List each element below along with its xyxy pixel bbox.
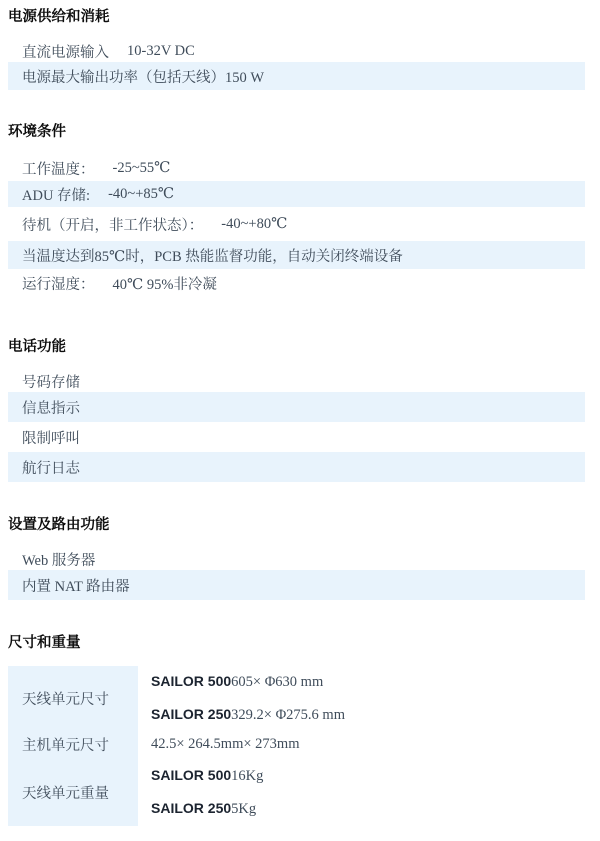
sailor-model-label: SAILOR 250	[151, 800, 231, 816]
spec-row-voyage-log: 航行日志	[8, 452, 585, 482]
spec-row-web-server: Web 服务器	[8, 548, 585, 570]
section-title-power: 电源供给和消耗	[8, 8, 585, 26]
row-label: 当温度达到85℃时，PCB 热能监督功能，自动关闭终端设备	[22, 245, 403, 266]
dim-label-host-size: 主机单元尺寸	[8, 730, 138, 758]
spec-rows: Web 服务器 内置 NAT 路由器	[8, 548, 585, 600]
sailor-model-label: SAILOR 500	[151, 673, 231, 689]
dim-value-line: 42.5× 264.5mm× 273mm	[151, 728, 585, 760]
spec-document-page: 电源供给和消耗 直流电源输入 10-32V DC 电源最大输出功率（包括天线）1…	[0, 0, 600, 826]
spec-row-max-output: 电源最大输出功率（包括天线）150 W	[8, 62, 585, 90]
dim-value-text: 605× Φ630 mm	[231, 674, 323, 690]
dimensions-table: 天线单元尺寸 主机单元尺寸 天线单元重量 SAILOR 500605× Φ630…	[8, 666, 585, 826]
dim-label-antenna-size: 天线单元尺寸	[8, 666, 138, 730]
spec-rows: 工作温度： -25~55℃ ADU 存储: -40~+85℃ 待机（开启，非工作…	[8, 155, 585, 297]
spec-rows: 直流电源输入 10-32V DC 电源最大输出功率（包括天线）150 W	[8, 40, 585, 90]
section-phone: 电话功能 号码存储 信息指示 限制呼叫 航行日志	[8, 338, 585, 482]
dim-value-text: 5Kg	[231, 801, 256, 817]
spec-row-operating-temp: 工作温度： -25~55℃	[8, 155, 585, 181]
dimensions-table-label-column: 天线单元尺寸 主机单元尺寸 天线单元重量	[8, 666, 138, 826]
sailor-model-label: SAILOR 250	[151, 706, 231, 722]
section-title-routing: 设置及路由功能	[8, 516, 585, 534]
dim-value-text: 16Kg	[231, 768, 263, 784]
row-label: 运行湿度：	[22, 273, 95, 294]
dim-label-text: 主机单元尺寸	[22, 734, 109, 755]
row-label: 航行日志	[22, 457, 80, 478]
spec-row-pcb-thermal: 当温度达到85℃时，PCB 热能监督功能，自动关闭终端设备	[8, 241, 585, 269]
dim-values-antenna-weight: SAILOR 50016Kg SAILOR 2505Kg	[138, 758, 585, 826]
row-value: -40~+85℃	[108, 186, 174, 203]
section-dimensions: 尺寸和重量 天线单元尺寸 主机单元尺寸 天线单元重量 SAILOR 500605…	[8, 634, 585, 826]
spec-row-number-storage: 号码存储	[8, 370, 585, 392]
row-label: 信息指示	[22, 397, 80, 418]
row-label: 待机（开启，非工作状态）：	[22, 214, 203, 235]
spec-row-standby-temp: 待机（开启，非工作状态）： -40~+80℃	[8, 207, 585, 241]
spec-row-nat-router: 内置 NAT 路由器	[8, 570, 585, 600]
dim-value-line: SAILOR 250329.2× Φ275.6 mm	[151, 698, 585, 731]
dim-label-text: 天线单元尺寸	[22, 688, 109, 709]
section-title-environment: 环境条件	[8, 123, 585, 141]
section-environment: 环境条件 工作温度： -25~55℃ ADU 存储: -40~+85℃ 待机（开…	[8, 123, 585, 297]
dim-values-antenna-size: SAILOR 500605× Φ630 mm SAILOR 250329.2× …	[138, 666, 585, 730]
row-value: 10-32V DC	[127, 43, 195, 60]
row-label: ADU 存储:	[22, 184, 90, 205]
section-routing: 设置及路由功能 Web 服务器 内置 NAT 路由器	[8, 516, 585, 600]
row-label: 号码存储	[22, 371, 80, 392]
dim-value-line: SAILOR 2505Kg	[151, 792, 585, 825]
dimensions-table-value-column: SAILOR 500605× Φ630 mm SAILOR 250329.2× …	[138, 666, 585, 826]
dim-value-text: 329.2× Φ275.6 mm	[231, 707, 345, 723]
dim-values-host-size: 42.5× 264.5mm× 273mm	[138, 730, 585, 758]
section-title-phone: 电话功能	[8, 338, 585, 356]
row-label: 工作温度：	[22, 158, 95, 179]
row-label: 内置 NAT 路由器	[22, 575, 130, 596]
row-value: 40℃ 95%非冷凝	[113, 273, 217, 294]
row-label: 限制呼叫	[22, 427, 80, 448]
section-title-dimensions: 尺寸和重量	[8, 634, 585, 652]
dim-value-line: SAILOR 500605× Φ630 mm	[151, 665, 585, 698]
row-label: 电源最大输出功率（包括天线）150 W	[22, 66, 264, 87]
spec-row-adu-storage: ADU 存储: -40~+85℃	[8, 181, 585, 207]
row-label: 直流电源输入	[22, 41, 109, 62]
spec-row-dc-input: 直流电源输入 10-32V DC	[8, 40, 585, 62]
spec-row-message-indicator: 信息指示	[8, 392, 585, 422]
spec-rows: 号码存储 信息指示 限制呼叫 航行日志	[8, 370, 585, 482]
dim-value-text: 42.5× 264.5mm× 273mm	[151, 736, 299, 752]
row-label: Web 服务器	[22, 549, 95, 570]
sailor-model-label: SAILOR 500	[151, 767, 231, 783]
spec-row-humidity: 运行湿度： 40℃ 95%非冷凝	[8, 269, 585, 297]
dim-label-text: 天线单元重量	[22, 782, 109, 803]
section-power: 电源供给和消耗 直流电源输入 10-32V DC 电源最大输出功率（包括天线）1…	[8, 8, 585, 90]
row-value: -40~+80℃	[221, 216, 287, 233]
dim-label-antenna-weight: 天线单元重量	[8, 758, 138, 826]
dim-value-line: SAILOR 50016Kg	[151, 759, 585, 792]
spec-row-call-barring: 限制呼叫	[8, 422, 585, 452]
row-value: -25~55℃	[113, 160, 171, 177]
